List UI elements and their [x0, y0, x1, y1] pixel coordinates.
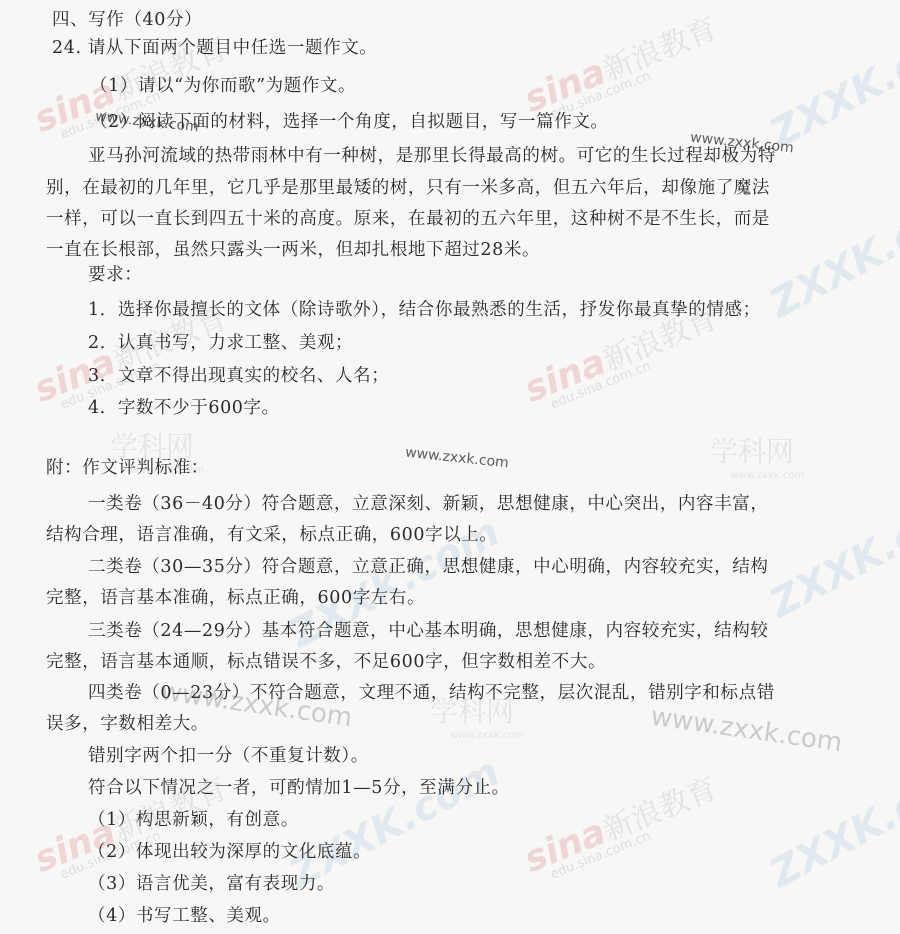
- zxxk-url-watermark: www.zxxk.com: [649, 702, 844, 759]
- grading-line: 符合以下情况之一者，可酌情加1—5分，至满分止。: [88, 776, 510, 800]
- grading-line: 错别字两个扣一分（不重复计数）。: [88, 744, 369, 768]
- material-line: 一直在长根部，虽然只露头一两米，但却扎根地下超过28米。: [46, 238, 540, 262]
- requirement-item: 1．选择你最擅长的文体（除诗歌外），结合你最熟悉的生活，抒发你最真挚的情感；: [88, 298, 761, 322]
- grading-line: 二类卷（30—35分）符合题意，立意正确，思想健康，中心明确，内容较充实，结构: [88, 555, 768, 579]
- option-2: （2）阅读下面的材料，选择一个角度，自拟题目，写一篇作文。: [90, 110, 609, 134]
- bonus-item: （3）语言优美，富有表现力。: [88, 872, 335, 896]
- requirement-item: 3．文章不得出现真实的校名、人名；: [88, 364, 389, 388]
- material-line: 别，在最初的几年里，它几乎是那里最矮的树，只有一米多高，但五六年后，却像施了魔法: [46, 176, 770, 200]
- grading-line: 四类卷（0—23分）不符合题意，文理不通，结构不完整，层次混乱，错别字和标点错: [88, 681, 775, 705]
- requirements-label: 要求：: [88, 263, 142, 287]
- bonus-item: （2）体现出较为深厚的文化底蕴。: [88, 840, 371, 864]
- grading-line: 一类卷（36－40分）符合题意，立意深刻、新颖，思想健康，中心突出，内容丰富，: [88, 492, 768, 516]
- question-prompt: 24. 请从下面两个题目中任选一题作文。: [52, 36, 377, 60]
- material-line: 一样，可以一直长到四五十米的高度。原来，在最初的五六年里，这种树不是不生长，而是: [46, 207, 770, 231]
- material-line: 亚马孙河流域的热带雨林中有一种树，是那里长得最高的树。可它的生长过程却极为特: [88, 144, 776, 168]
- question-number: 24.: [52, 38, 82, 58]
- requirement-item: 4．字数不少于600字。: [88, 396, 280, 420]
- zxxk-watermark: ZXXK.com: [763, 179, 900, 327]
- exam-page: sina新浪教育 edu.sina.com.cn sina新浪教育 edu.si…: [0, 0, 900, 934]
- grading-line: 三类卷（24—29分）基本符合题意，中心基本明确，思想健康，内容较充实，结构较: [88, 619, 768, 643]
- bonus-item: （1）构思新颖，有创意。: [88, 808, 299, 832]
- bonus-item: （4）书写工整、美观。: [88, 904, 281, 928]
- zxxk-watermark: ZXXK.com: [763, 479, 900, 627]
- option-1: （1）请以“为你而歌”为题作文。: [90, 74, 356, 98]
- appendix-title: 附：作文评判标准：: [46, 456, 209, 480]
- grading-line: 结构合理，语言准确，有文采，标点正确，600字以上。: [46, 523, 498, 547]
- grading-line: 误多，字数相差大。: [46, 712, 209, 736]
- zxxk-watermark: ZXXK.com: [763, 749, 900, 897]
- grading-line: 完整，语言基本准确，标点正确，600字左右。: [46, 586, 425, 610]
- requirement-item: 2．认真书写，力求工整、美观；: [88, 331, 353, 355]
- section-title: 四、写作（40分）: [52, 8, 202, 32]
- zxxk-url-watermark: www.zxxk.com: [404, 445, 509, 472]
- question-text: 请从下面两个题目中任选一题作文。: [88, 38, 378, 58]
- zxxk-watermark: ZXXK.com: [763, 9, 900, 157]
- sina-watermark: sina新浪教育 edu.sina.com.cn: [517, 764, 726, 889]
- xkw-watermark: 学科网www.zxxk.com: [710, 430, 804, 481]
- grading-line: 完整，语言基本通顺，标点错误不多，不足600字，但字数相差不大。: [46, 650, 606, 674]
